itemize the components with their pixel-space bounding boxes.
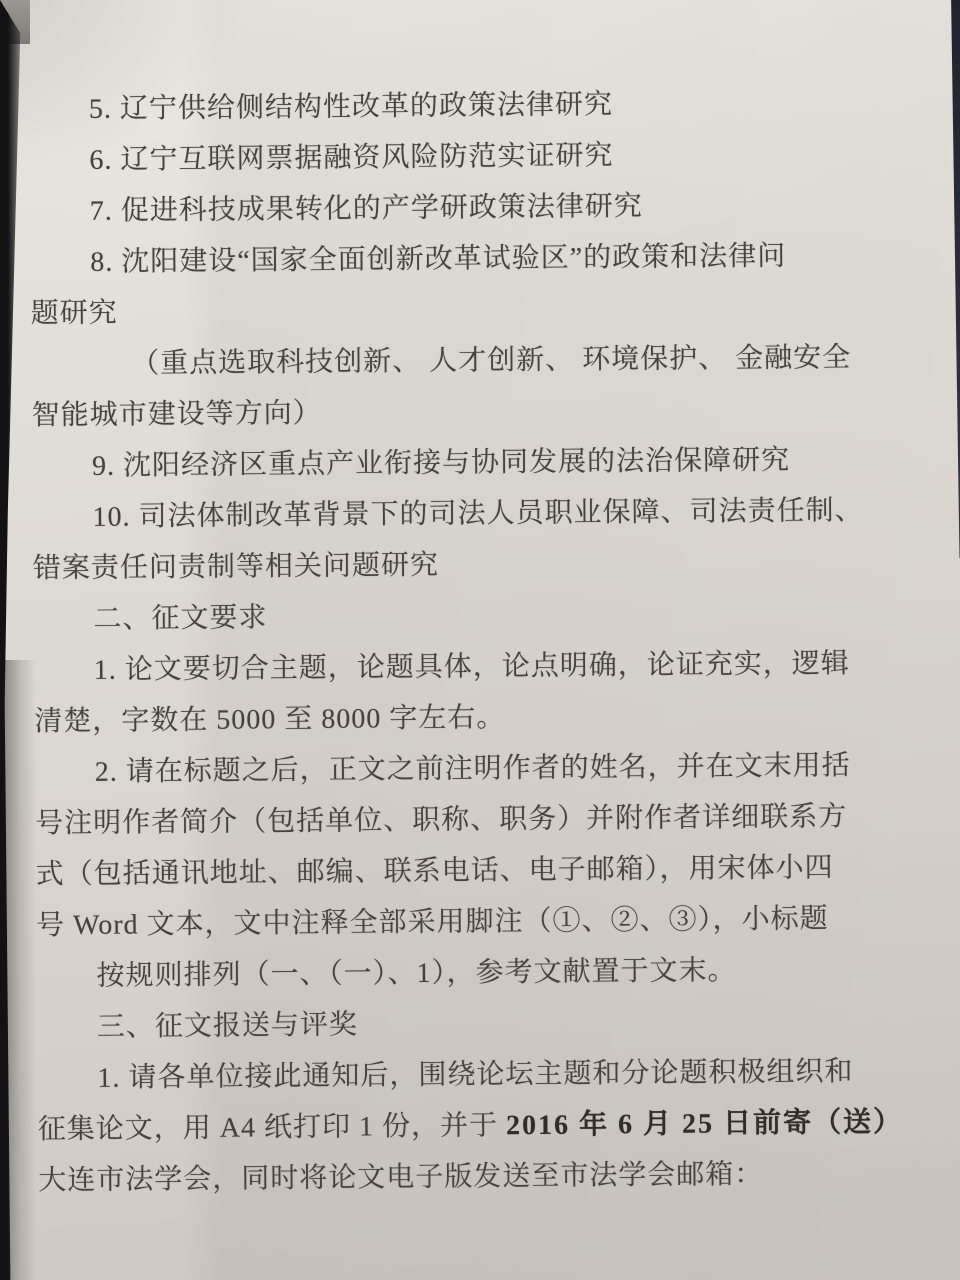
text-line: 题研究 <box>31 280 960 339</box>
text-segment: 智能城市建设等方向） <box>31 398 321 432</box>
text-segment: 1. 论文要切合主题，论题具体，论点明确，论证充实，逻辑 <box>94 648 850 686</box>
text-line: 错案责任问责制等相关问题研究 <box>33 535 960 594</box>
bold-date-text: 2016 年 6 月 25 日前寄（送） <box>506 1107 903 1141</box>
text-line: 1. 论文要切合主题，论题具体，论点明确，论证充实，逻辑 <box>34 637 960 696</box>
text-segment: 10. 司法体制改革背景下的司法人员职业保障、司法责任制、 <box>92 495 863 533</box>
text-segment: 按规则排列（一、（一）、1），参考文献置于文末。 <box>96 955 736 992</box>
text-segment: 清楚，字数在 5000 至 8000 字左右。 <box>34 702 505 737</box>
text-line: 大连市法学会，同时将论文电子版发送至市法学会邮箱： <box>38 1147 960 1206</box>
text-line: 7. 促进科技成果转化的产学研政策法律研究 <box>30 178 960 237</box>
text-segment: 二、征文要求 <box>93 602 267 635</box>
text-segment: 征集论文，用 A4 纸打印 1 份，并于 <box>38 1110 506 1145</box>
text-segment: 错案责任问责制等相关问题研究 <box>33 550 439 585</box>
text-segment: 大连市法学会，同时将论文电子版发送至市法学会邮箱： <box>38 1159 763 1196</box>
text-line: 2. 请在标题之后，正文之前注明作者的姓名，并在文末用括 <box>35 739 960 798</box>
text-segment: 7. 促进科技成果转化的产学研政策法律研究 <box>90 191 643 227</box>
text-line: 式（包括通讯地址、邮编、联系电话、电子邮箱），用宋体小四 <box>35 841 960 900</box>
photographed-document-page: 5. 辽宁供给侧结构性改革的政策法律研究6. 辽宁互联网票据融资风险防范实证研究… <box>0 0 960 1280</box>
text-line: 按规则排列（一、（一）、1），参考文献置于文末。 <box>36 943 960 1002</box>
text-line: 征集论文，用 A4 纸打印 1 份，并于 2016 年 6 月 25 日前寄（送… <box>38 1096 960 1155</box>
text-line: 8. 沈阳建设“国家全面创新改革试验区”的政策和法律问 <box>30 229 960 288</box>
text-line: 智能城市建设等方向） <box>31 382 960 441</box>
text-segment: 6. 辽宁互联网票据融资风险防范实证研究 <box>89 140 613 176</box>
text-segment: 式（包括通讯地址、邮编、联系电话、电子邮箱），用宋体小四 <box>35 852 833 890</box>
text-line: 二、征文要求 <box>33 586 960 645</box>
text-segment: 号注明作者简介（包括单位、职称、职务）并附作者详细联系方 <box>35 801 847 839</box>
text-segment: 题研究 <box>31 298 118 330</box>
text-line: 6. 辽宁互联网票据融资风险防范实证研究 <box>29 127 960 186</box>
text-line: 10. 司法体制改革背景下的司法人员职业保障、司法责任制、 <box>32 484 960 543</box>
text-segment: 9. 沈阳经济区重点产业衔接与协同发展的法治保障研究 <box>92 445 790 482</box>
text-segment: 号 Word 文本，文中注释全部采用脚注（①、②、③），小标题 <box>36 903 829 941</box>
text-line: 号注明作者简介（包括单位、职称、职务）并附作者详细联系方 <box>35 790 960 849</box>
text-segment: 8. 沈阳建设“国家全面创新改革试验区”的政策和法律问 <box>90 241 786 278</box>
text-line: 三、征文报送与评奖 <box>37 994 960 1053</box>
text-line: 清楚，字数在 5000 至 8000 字左右。 <box>34 688 960 747</box>
text-segment: 三、征文报送与评奖 <box>97 1010 358 1043</box>
text-line: 号 Word 文本，文中注释全部采用脚注（①、②、③），小标题 <box>36 892 960 951</box>
text-segment: 1. 请各单位接此通知后，围绕论坛主题和分论题积极组织和 <box>97 1056 853 1094</box>
text-segment: 2. 请在标题之后，正文之前注明作者的姓名，并在文末用括 <box>95 750 851 788</box>
text-segment: 5. 辽宁供给侧结构性改革的政策法律研究 <box>89 89 613 125</box>
text-line: 9. 沈阳经济区重点产业衔接与协同发展的法治保障研究 <box>32 433 960 492</box>
text-line: 5. 辽宁供给侧结构性改革的政策法律研究 <box>29 76 960 135</box>
document-lines: 5. 辽宁供给侧结构性改革的政策法律研究6. 辽宁互联网票据融资风险防范实证研究… <box>12 0 960 1206</box>
text-segment: （重点选取科技创新、 人才创新、 环境保护、 金融安全 <box>131 342 851 379</box>
text-line: 1. 请各单位接此通知后，围绕论坛主题和分论题积极组织和 <box>37 1045 960 1104</box>
text-line: （重点选取科技创新、 人才创新、 环境保护、 金融安全 <box>31 331 960 390</box>
